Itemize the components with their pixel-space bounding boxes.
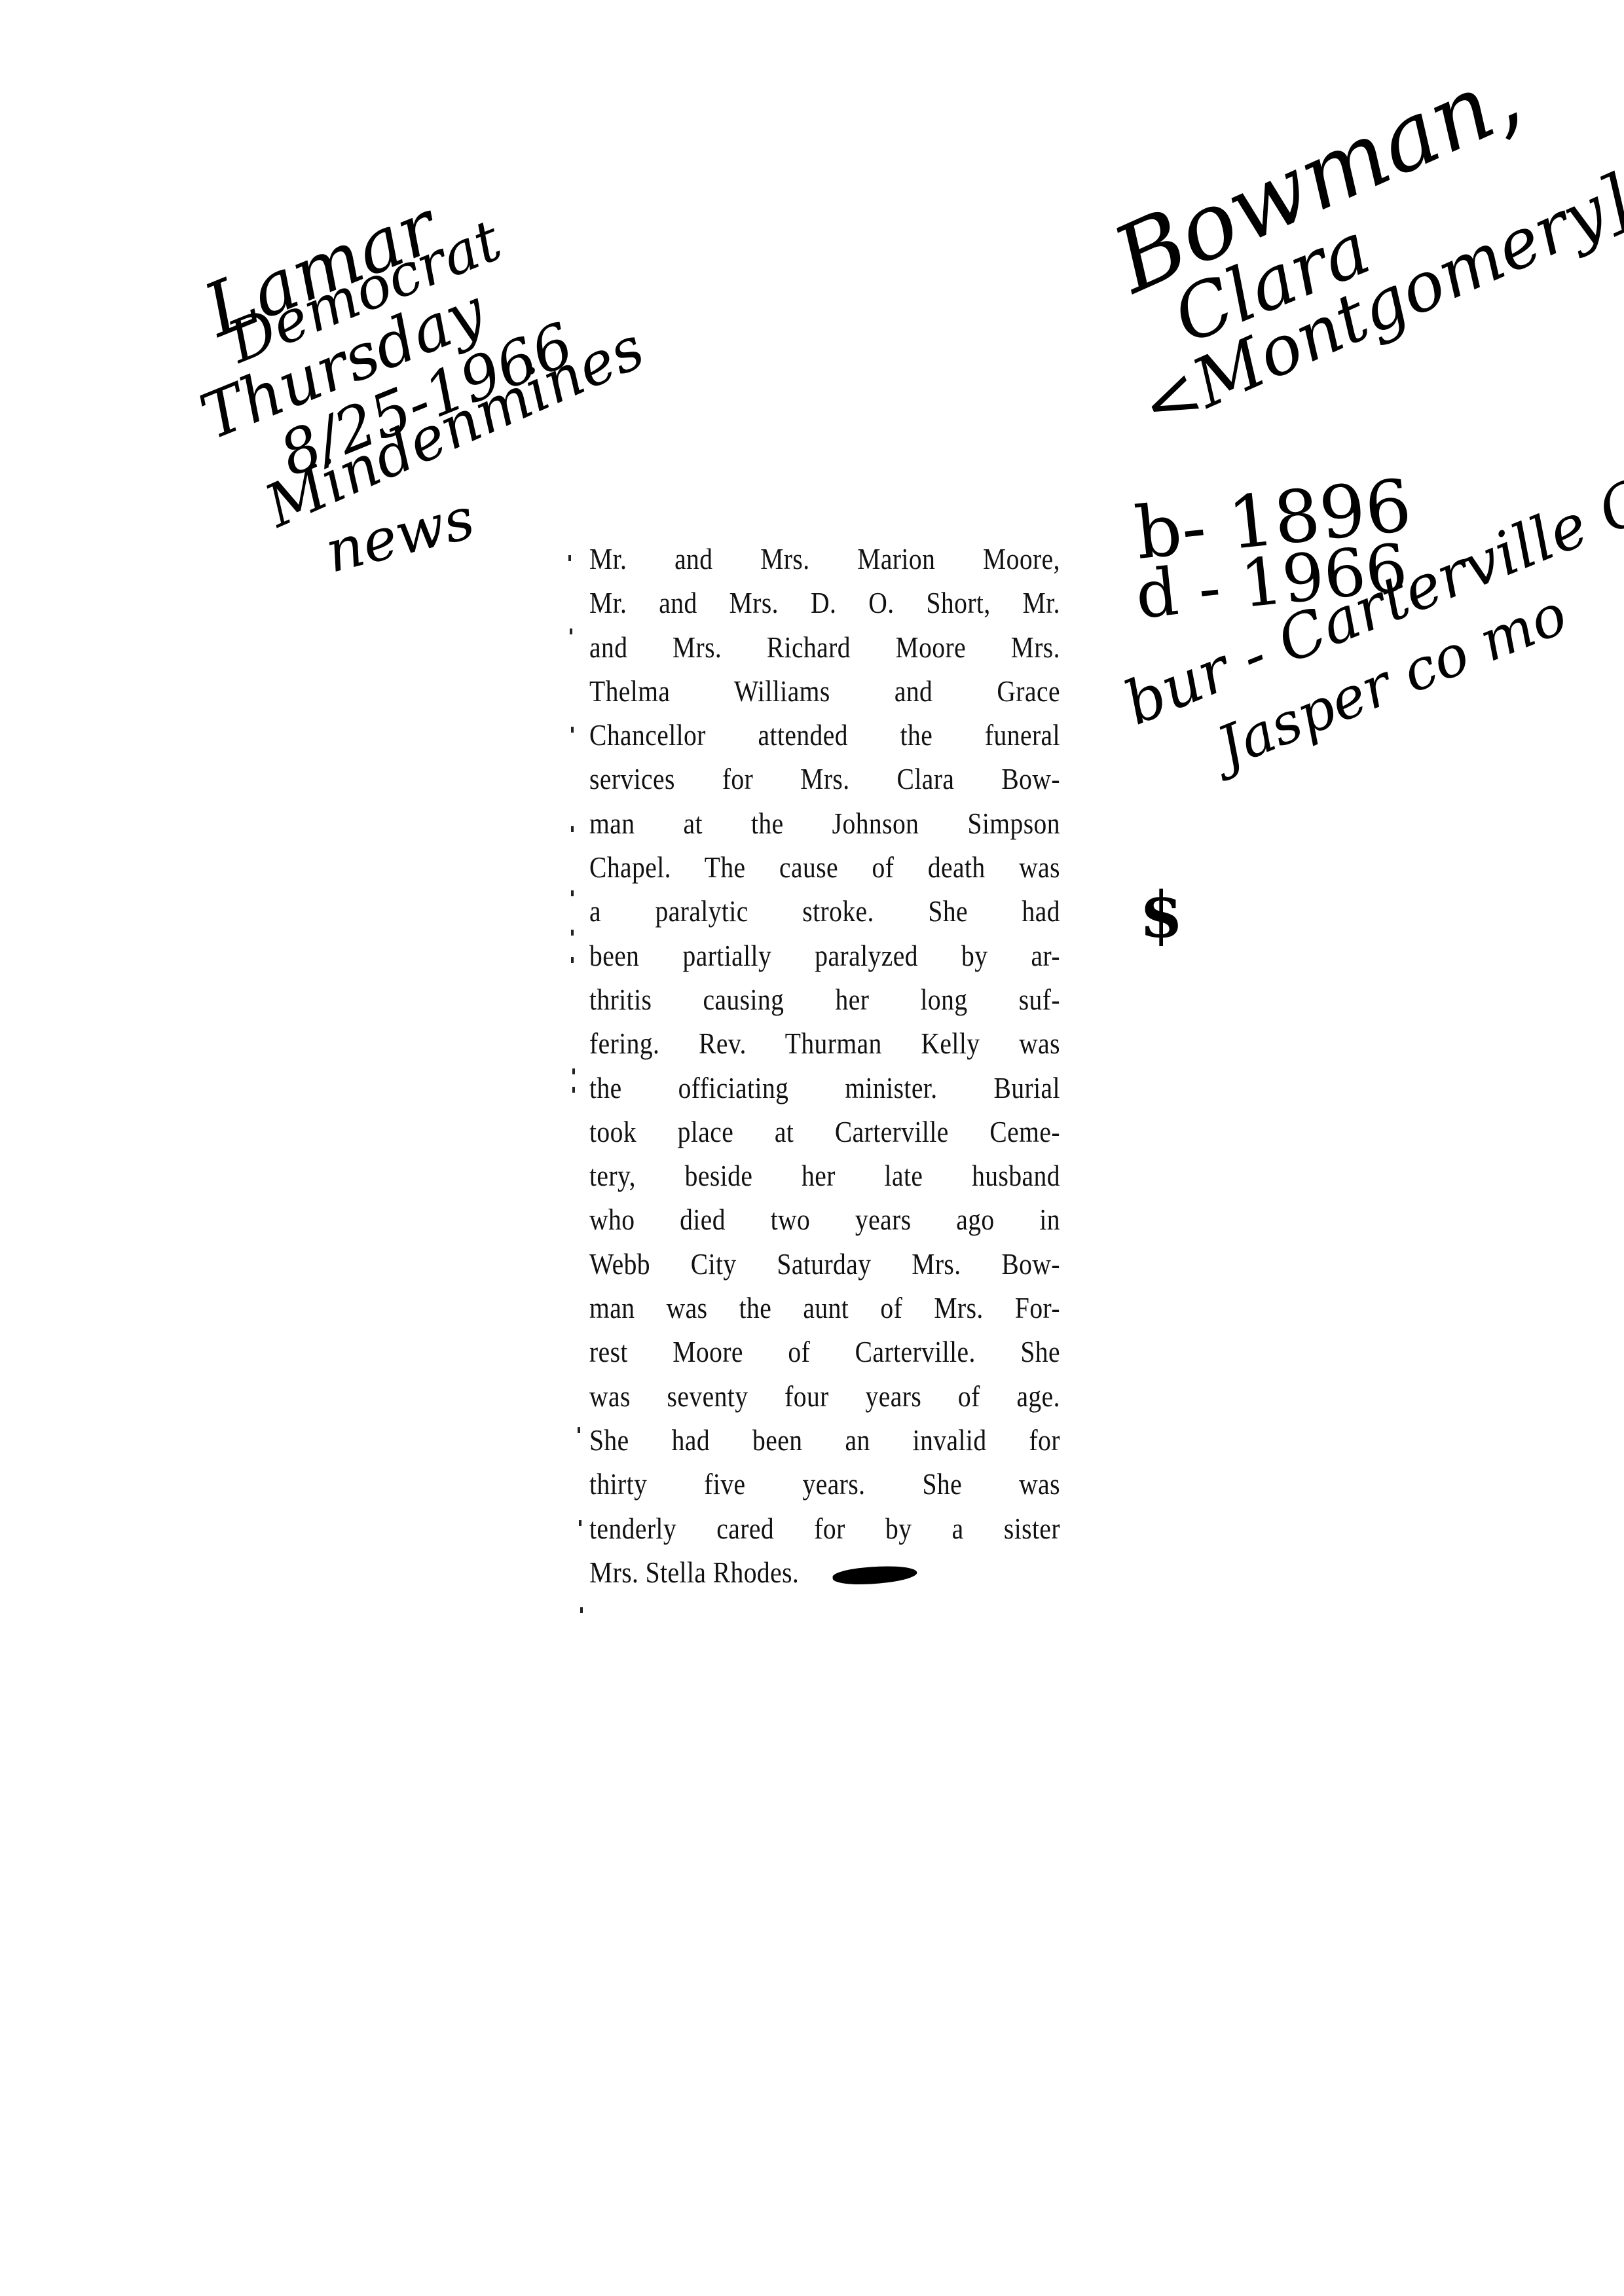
- clipping-line-text: been partially paralyzed by ar-: [589, 939, 1060, 972]
- scan-speck: [578, 1427, 580, 1433]
- scan-speck: [571, 826, 574, 832]
- clipping-line: rest Moore of Carterville. She: [589, 1330, 1060, 1374]
- clipping-line-text: rest Moore of Carterville. She: [589, 1335, 1060, 1368]
- clipping-line-text: She had been an invalid for: [589, 1423, 1060, 1457]
- clipping-line: was seventy four years of age.: [589, 1374, 1060, 1418]
- clipping-line-text: thirty five years. She was: [589, 1467, 1060, 1501]
- clipping-line-text: the officiating minister. Burial: [589, 1071, 1060, 1104]
- clipping-line: Mr. and Mrs. D. O. Short, Mr.: [589, 581, 1060, 625]
- clipping-line-text: fering. Rev. Thurman Kelly was: [589, 1027, 1060, 1060]
- clipping-line-text: Mr. and Mrs. Marion Moore,: [589, 542, 1060, 575]
- clipping-line: the officiating minister. Burial: [589, 1066, 1060, 1110]
- clipping-line: She had been an invalid for: [589, 1418, 1060, 1462]
- clipping-line-text: a paralytic stroke. She had: [589, 894, 1060, 928]
- clipping-line: tenderly cared for by a sister: [589, 1506, 1060, 1550]
- clipping-line: services for Mrs. Clara Bow-: [589, 757, 1060, 801]
- clipping-line: took place at Carterville Ceme-: [589, 1110, 1060, 1154]
- clipping-line-text: Chancellor attended the funeral: [589, 718, 1060, 752]
- clipping-line: Mrs. Stella Rhodes.: [589, 1550, 1060, 1594]
- clipping-line-text: Thelma Williams and Grace: [589, 674, 1060, 708]
- handwritten-source-note: Lamar Democrat Thursday 8/25-1966 Minden…: [196, 236, 602, 550]
- scan-speck: [572, 1068, 575, 1074]
- clipping-line: Mr. and Mrs. Marion Moore,: [589, 537, 1060, 581]
- scan-speck: [568, 555, 571, 561]
- clipping-line-text: services for Mrs. Clara Bow-: [589, 762, 1060, 795]
- clipping-line: Thelma Williams and Grace: [589, 669, 1060, 713]
- clipping-line: been partially paralyzed by ar-: [589, 934, 1060, 977]
- scan-speck: [571, 930, 574, 936]
- clipping-line-text: was seventy four years of age.: [589, 1379, 1060, 1413]
- clipping-line-text: Mr. and Mrs. D. O. Short, Mr.: [589, 586, 1060, 619]
- clipping-line-text: took place at Carterville Ceme-: [589, 1115, 1060, 1148]
- clipping-line-text: and Mrs. Richard Moore Mrs.: [589, 630, 1060, 664]
- clipping-line-text: Chapel. The cause of death was: [589, 850, 1060, 884]
- scan-speck: [570, 629, 572, 634]
- clipping-line-text: Mrs. Stella Rhodes.: [589, 1556, 799, 1589]
- clipping-line-text: man was the aunt of Mrs. For-: [589, 1291, 1060, 1324]
- scan-speck: [572, 1087, 575, 1093]
- clipping-line: and Mrs. Richard Moore Mrs.: [589, 625, 1060, 669]
- scan-speck: [580, 1607, 583, 1613]
- newspaper-clipping: Mr. and Mrs. Marion Moore,Mr. and Mrs. D…: [589, 537, 1061, 1594]
- clipping-line: man was the aunt of Mrs. For-: [589, 1286, 1060, 1330]
- clipping-line: tery, beside her late husband: [589, 1154, 1060, 1197]
- scanned-page: Lamar Democrat Thursday 8/25-1966 Minden…: [0, 0, 1624, 2296]
- scan-speck: [571, 727, 574, 733]
- scribbled-out-word: [832, 1563, 917, 1587]
- note-dollar-mark-icon: $: [1139, 884, 1183, 947]
- clipping-line: Webb City Saturday Mrs. Bow-: [589, 1242, 1060, 1286]
- clipping-line: fering. Rev. Thurman Kelly was: [589, 1021, 1060, 1065]
- clipping-line-text: man at the Johnson Simpson: [589, 807, 1060, 840]
- handwritten-genealogy-note: Bowman, Clara <Montgomery] b- 1896 d - 1…: [1113, 131, 1624, 949]
- clipping-line-text: tery, beside her late husband: [589, 1159, 1060, 1192]
- scan-speck: [579, 1520, 581, 1526]
- clipping-line: thritis causing her long suf-: [589, 977, 1060, 1021]
- clipping-line-text: who died two years ago in: [589, 1203, 1060, 1236]
- clipping-line: Chancellor attended the funeral: [589, 713, 1060, 757]
- scan-speck: [571, 890, 574, 896]
- clipping-line: a paralytic stroke. She had: [589, 889, 1060, 933]
- clipping-line: Chapel. The cause of death was: [589, 845, 1060, 889]
- clipping-line-text: tenderly cared for by a sister: [589, 1512, 1060, 1545]
- clipping-line: who died two years ago in: [589, 1197, 1060, 1241]
- clipping-line: man at the Johnson Simpson: [589, 801, 1060, 845]
- scan-speck: [571, 957, 574, 963]
- clipping-line: thirty five years. She was: [589, 1462, 1060, 1506]
- clipping-line-text: Webb City Saturday Mrs. Bow-: [589, 1247, 1060, 1281]
- clipping-line-text: thritis causing her long suf-: [589, 983, 1060, 1016]
